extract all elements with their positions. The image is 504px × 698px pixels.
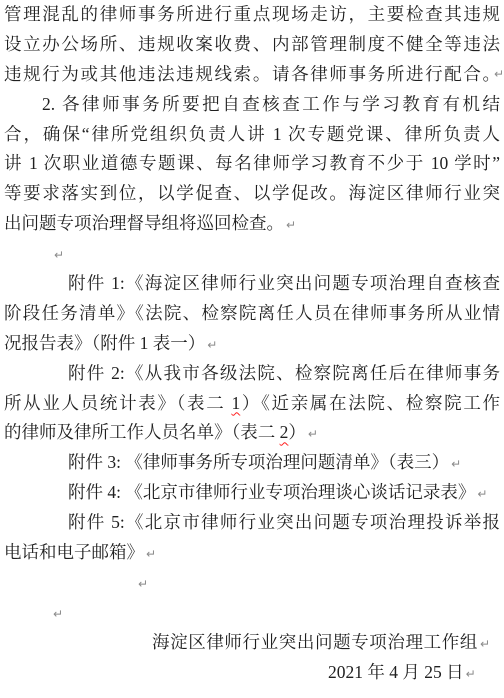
para-self-check-line-2: 合，确保“律所党组织负责人讲 1 次专题党课、律所负责人 xyxy=(4,120,500,150)
date-line: 2021 年 4 月 25 日↵ xyxy=(4,658,500,688)
empty-paragraph: ↵ xyxy=(4,568,500,598)
line-text: 附件 5:《北京市律师行业突出问题专项治理投诉举报 xyxy=(68,512,500,532)
paragraph-mark-icon: ↵ xyxy=(464,667,476,681)
paragraph-mark-icon: ↵ xyxy=(478,637,490,651)
attachment2-line-3: 的律师及律所工作人员名单》（表二 2）↵ xyxy=(4,418,500,448)
line-text: ） xyxy=(288,422,306,442)
line-text: 出问题专项治理督导组将巡回检查。 xyxy=(4,213,284,233)
attachment1-line-1: 附件 1:《海淀区律师行业突出问题专项治理自查核查 xyxy=(4,269,500,299)
signature-line: 海淀区律师行业突出问题专项治理工作组↵ xyxy=(4,628,500,658)
line-text: 电话和电子邮箱》 xyxy=(4,542,144,562)
line-text: 讲 1 次职业道德专题课、每名律师学习教育不少于 10 学时” xyxy=(4,153,500,173)
para-inspection-line-3: 违规行为或其他违法违规线索。请各律师事务所进行配合。↵ xyxy=(4,60,500,90)
document-page: 管理混乱的律师事务所进行重点现场走访，主要检查其违规 设立办公场所、违规收案收费… xyxy=(0,0,504,698)
para-self-check-line-5: 出问题专项治理督导组将巡回检查。↵ xyxy=(4,209,500,239)
attachment5-line-1: 附件 5:《北京市律师行业突出问题专项治理投诉举报 xyxy=(4,508,500,538)
attachment3-line: 附件 3: 《律师事务所专项治理问题清单》（表三）↵ xyxy=(4,448,500,478)
paragraph-mark-icon: ↵ xyxy=(475,487,487,501)
line-text: 等要求落实到位，以学促查、以学促改。海淀区律师行业突 xyxy=(4,183,500,203)
spellcheck-flagged-text: 1 xyxy=(231,393,240,413)
para-self-check-line-4: 等要求落实到位，以学促查、以学促改。海淀区律师行业突 xyxy=(4,179,500,209)
line-text: 合，确保“律所党组织负责人讲 1 次专题党课、律所负责人 xyxy=(4,124,500,144)
attachment2-line-1: 附件 2:《从我市各级法院、检察院离任后在律师事务 xyxy=(4,359,500,389)
signature-text: 海淀区律师行业突出问题专项治理工作组 xyxy=(152,632,478,652)
line-text: 设立办公场所、违规收案收费、内部管理制度不健全等违法 xyxy=(4,34,500,54)
attachment2-line-2: 所从业人员统计表》（表二 1）《近亲属在法院、检察院工作 xyxy=(4,389,500,419)
paragraph-mark-icon: ↵ xyxy=(144,547,156,561)
line-text: 的律师及律所工作人员名单》（表二 xyxy=(4,422,280,442)
line-text: 况报告表》（附件 1 表一） xyxy=(4,333,205,353)
line-text: 所从业人员统计表》（表二 xyxy=(4,393,231,413)
paragraph-mark-icon: ↵ xyxy=(51,607,63,621)
paragraph-mark-icon: ↵ xyxy=(136,577,148,591)
line-text: 管理混乱的律师事务所进行重点现场走访，主要检查其违规 xyxy=(4,4,500,24)
para-inspection-line-1: 管理混乱的律师事务所进行重点现场走访，主要检查其违规 xyxy=(4,0,500,30)
date-text: 2021 年 4 月 25 日 xyxy=(328,662,464,682)
para-self-check-line-1: 2. 各律师事务所要把自查核查工作与学习教育有机结 xyxy=(4,90,500,120)
para-self-check-line-3: 讲 1 次职业道德专题课、每名律师学习教育不少于 10 学时” xyxy=(4,149,500,179)
paragraph-mark-icon: ↵ xyxy=(306,427,318,441)
line-text: 2. 各律师事务所要把自查核查工作与学习教育有机结 xyxy=(42,94,500,114)
attachment5-line-2: 电话和电子邮箱》↵ xyxy=(4,538,500,568)
line-text: ）《近亲属在法院、检察院工作 xyxy=(240,393,500,413)
empty-paragraph: ↵ xyxy=(4,239,500,269)
empty-paragraph: ↵ xyxy=(4,598,500,628)
para-inspection-line-2: 设立办公场所、违规收案收费、内部管理制度不健全等违法 xyxy=(4,30,500,60)
line-text: 附件 2:《从我市各级法院、检察院离任后在律师事务 xyxy=(68,363,500,383)
paragraph-mark-icon: ↵ xyxy=(52,248,64,262)
line-text: 附件 3: 《律师事务所专项治理问题清单》（表三） xyxy=(68,452,449,472)
attachment1-line-3: 况报告表》（附件 1 表一）↵ xyxy=(4,329,500,359)
attachment4-line: 附件 4: 《北京市律师行业专项治理谈心谈话记录表》↵ xyxy=(4,478,500,508)
attachment1-line-2: 阶段任务清单》《法院、检察院离任人员在律师事务所从业情 xyxy=(4,299,500,329)
paragraph-mark-icon: ↵ xyxy=(449,457,461,471)
line-text: 附件 4: 《北京市律师行业专项治理谈心谈话记录表》 xyxy=(68,482,475,502)
line-text: 阶段任务清单》《法院、检察院离任人员在律师事务所从业情 xyxy=(4,303,500,323)
line-text: 违规行为或其他违法违规线索。请各律师事务所进行配合。 xyxy=(4,64,500,84)
paragraph-mark-icon: ↵ xyxy=(492,60,504,90)
line-text: 附件 1:《海淀区律师行业突出问题专项治理自查核查 xyxy=(68,273,500,293)
paragraph-mark-icon: ↵ xyxy=(205,338,217,352)
paragraph-mark-icon: ↵ xyxy=(284,218,296,232)
